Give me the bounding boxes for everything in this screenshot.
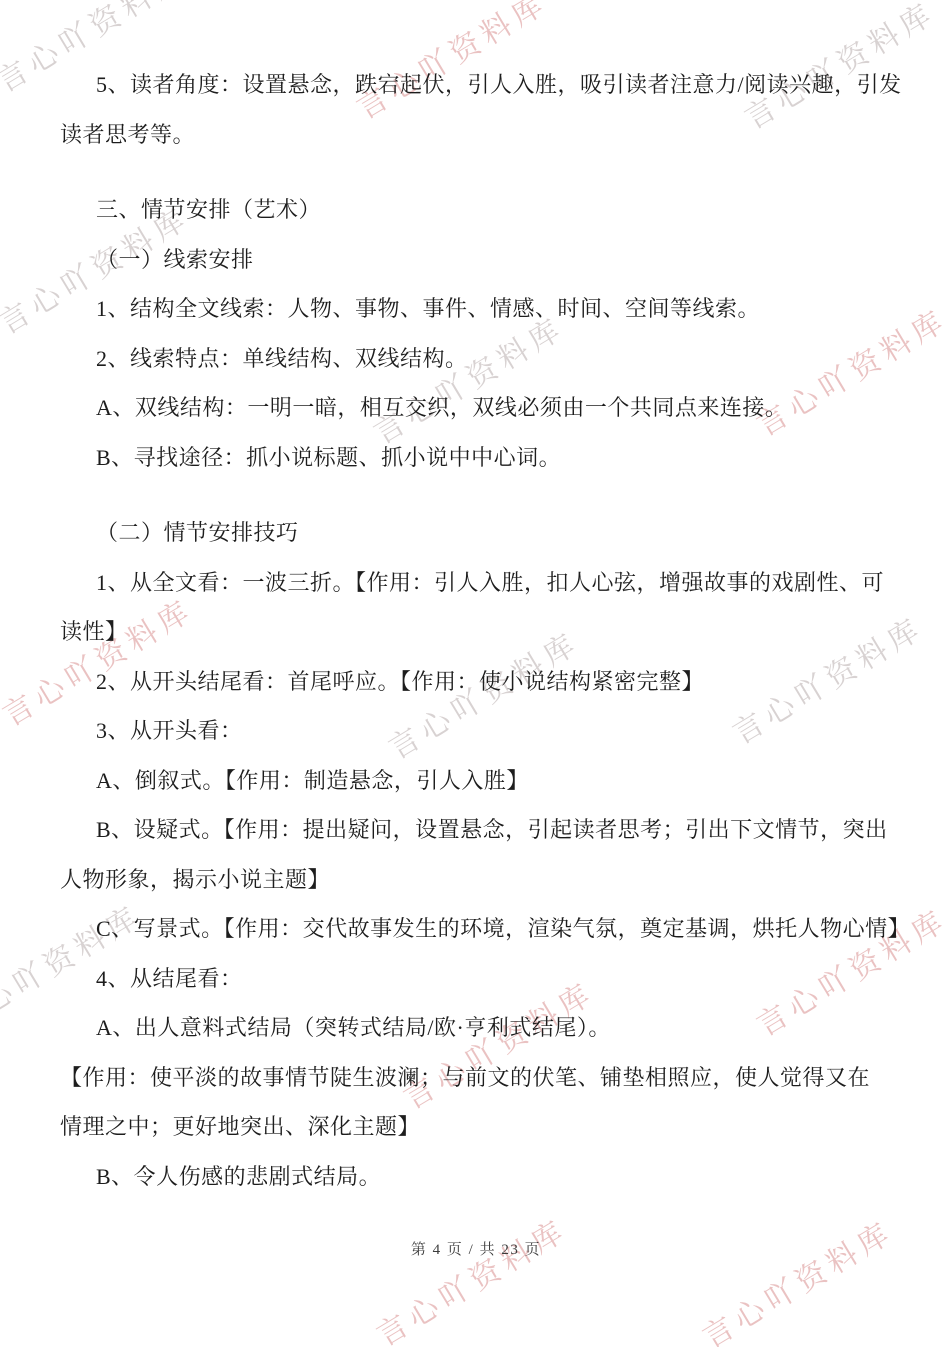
text-line: 【作用：使平淡的故事情节陡生波澜；与前文的伏笔、铺垫相照应，使人觉得又在	[60, 1053, 900, 1103]
text-line: 2、从开头结尾看：首尾呼应。【作用：使小说结构紧密完整】	[60, 657, 900, 707]
text-line: B、令人伤感的悲剧式结局。	[60, 1152, 900, 1202]
document-page: 言心吖资料库言心吖资料库言心吖资料库言心吖资料库言心吖资料库言心吖资料库言心吖资…	[0, 0, 952, 1347]
text-line: B、设疑式。【作用：提出疑问，设置悬念，引起读者思考；引出下文情节，突出	[60, 805, 900, 855]
text-line: 情理之中；更好地突出、深化主题】	[60, 1102, 900, 1152]
text-line: 三、情节安排（艺术）	[60, 185, 900, 235]
watermark-text: 言心吖资料库	[373, 1215, 574, 1347]
text-line: C、写景式。【作用：交代故事发生的环境，渲染气氛，奠定基调，烘托人物心情】	[60, 904, 900, 954]
text-line: 1、从全文看：一波三折。【作用：引人入胜，扣人心弦，增强故事的戏剧性、可	[60, 558, 900, 608]
text-line: （二）情节安排技巧	[60, 508, 900, 558]
text-line: 1、结构全文线索：人物、事物、事件、情感、时间、空间等线索。	[60, 284, 900, 334]
text-line: 读者思考等。	[60, 110, 900, 160]
text-line: A、双线结构：一明一暗，相互交织，双线必须由一个共同点来连接。	[60, 383, 900, 433]
text-line: （一）线索安排	[60, 235, 900, 285]
text-line: 2、线索特点：单线结构、双线结构。	[60, 334, 900, 384]
watermark-text: 言心吖资料库	[699, 1217, 900, 1347]
text-line: 4、从结尾看：	[60, 954, 900, 1004]
text-line: B、寻找途径：抓小说标题、抓小说中中心词。	[60, 433, 900, 483]
page-footer: 第 4 页 / 共 23 页	[0, 1238, 952, 1259]
text-line: 人物形象，揭示小说主题】	[60, 855, 900, 905]
text-line: A、出人意料式结局（突转式结局/欧·亨利式结尾）。	[60, 1003, 900, 1053]
text-line: 5、读者角度：设置悬念，跌宕起伏，引人入胜，吸引读者注意力/阅读兴趣，引发	[60, 60, 900, 110]
document-content: 5、读者角度：设置悬念，跌宕起伏，引人入胜，吸引读者注意力/阅读兴趣，引发读者思…	[60, 60, 900, 1201]
text-line: 3、从开头看：	[60, 706, 900, 756]
text-line: 读性】	[60, 607, 900, 657]
page-number: 第 4 页 / 共 23 页	[411, 1242, 541, 1258]
text-line: A、倒叙式。【作用：制造悬念，引人入胜】	[60, 756, 900, 806]
